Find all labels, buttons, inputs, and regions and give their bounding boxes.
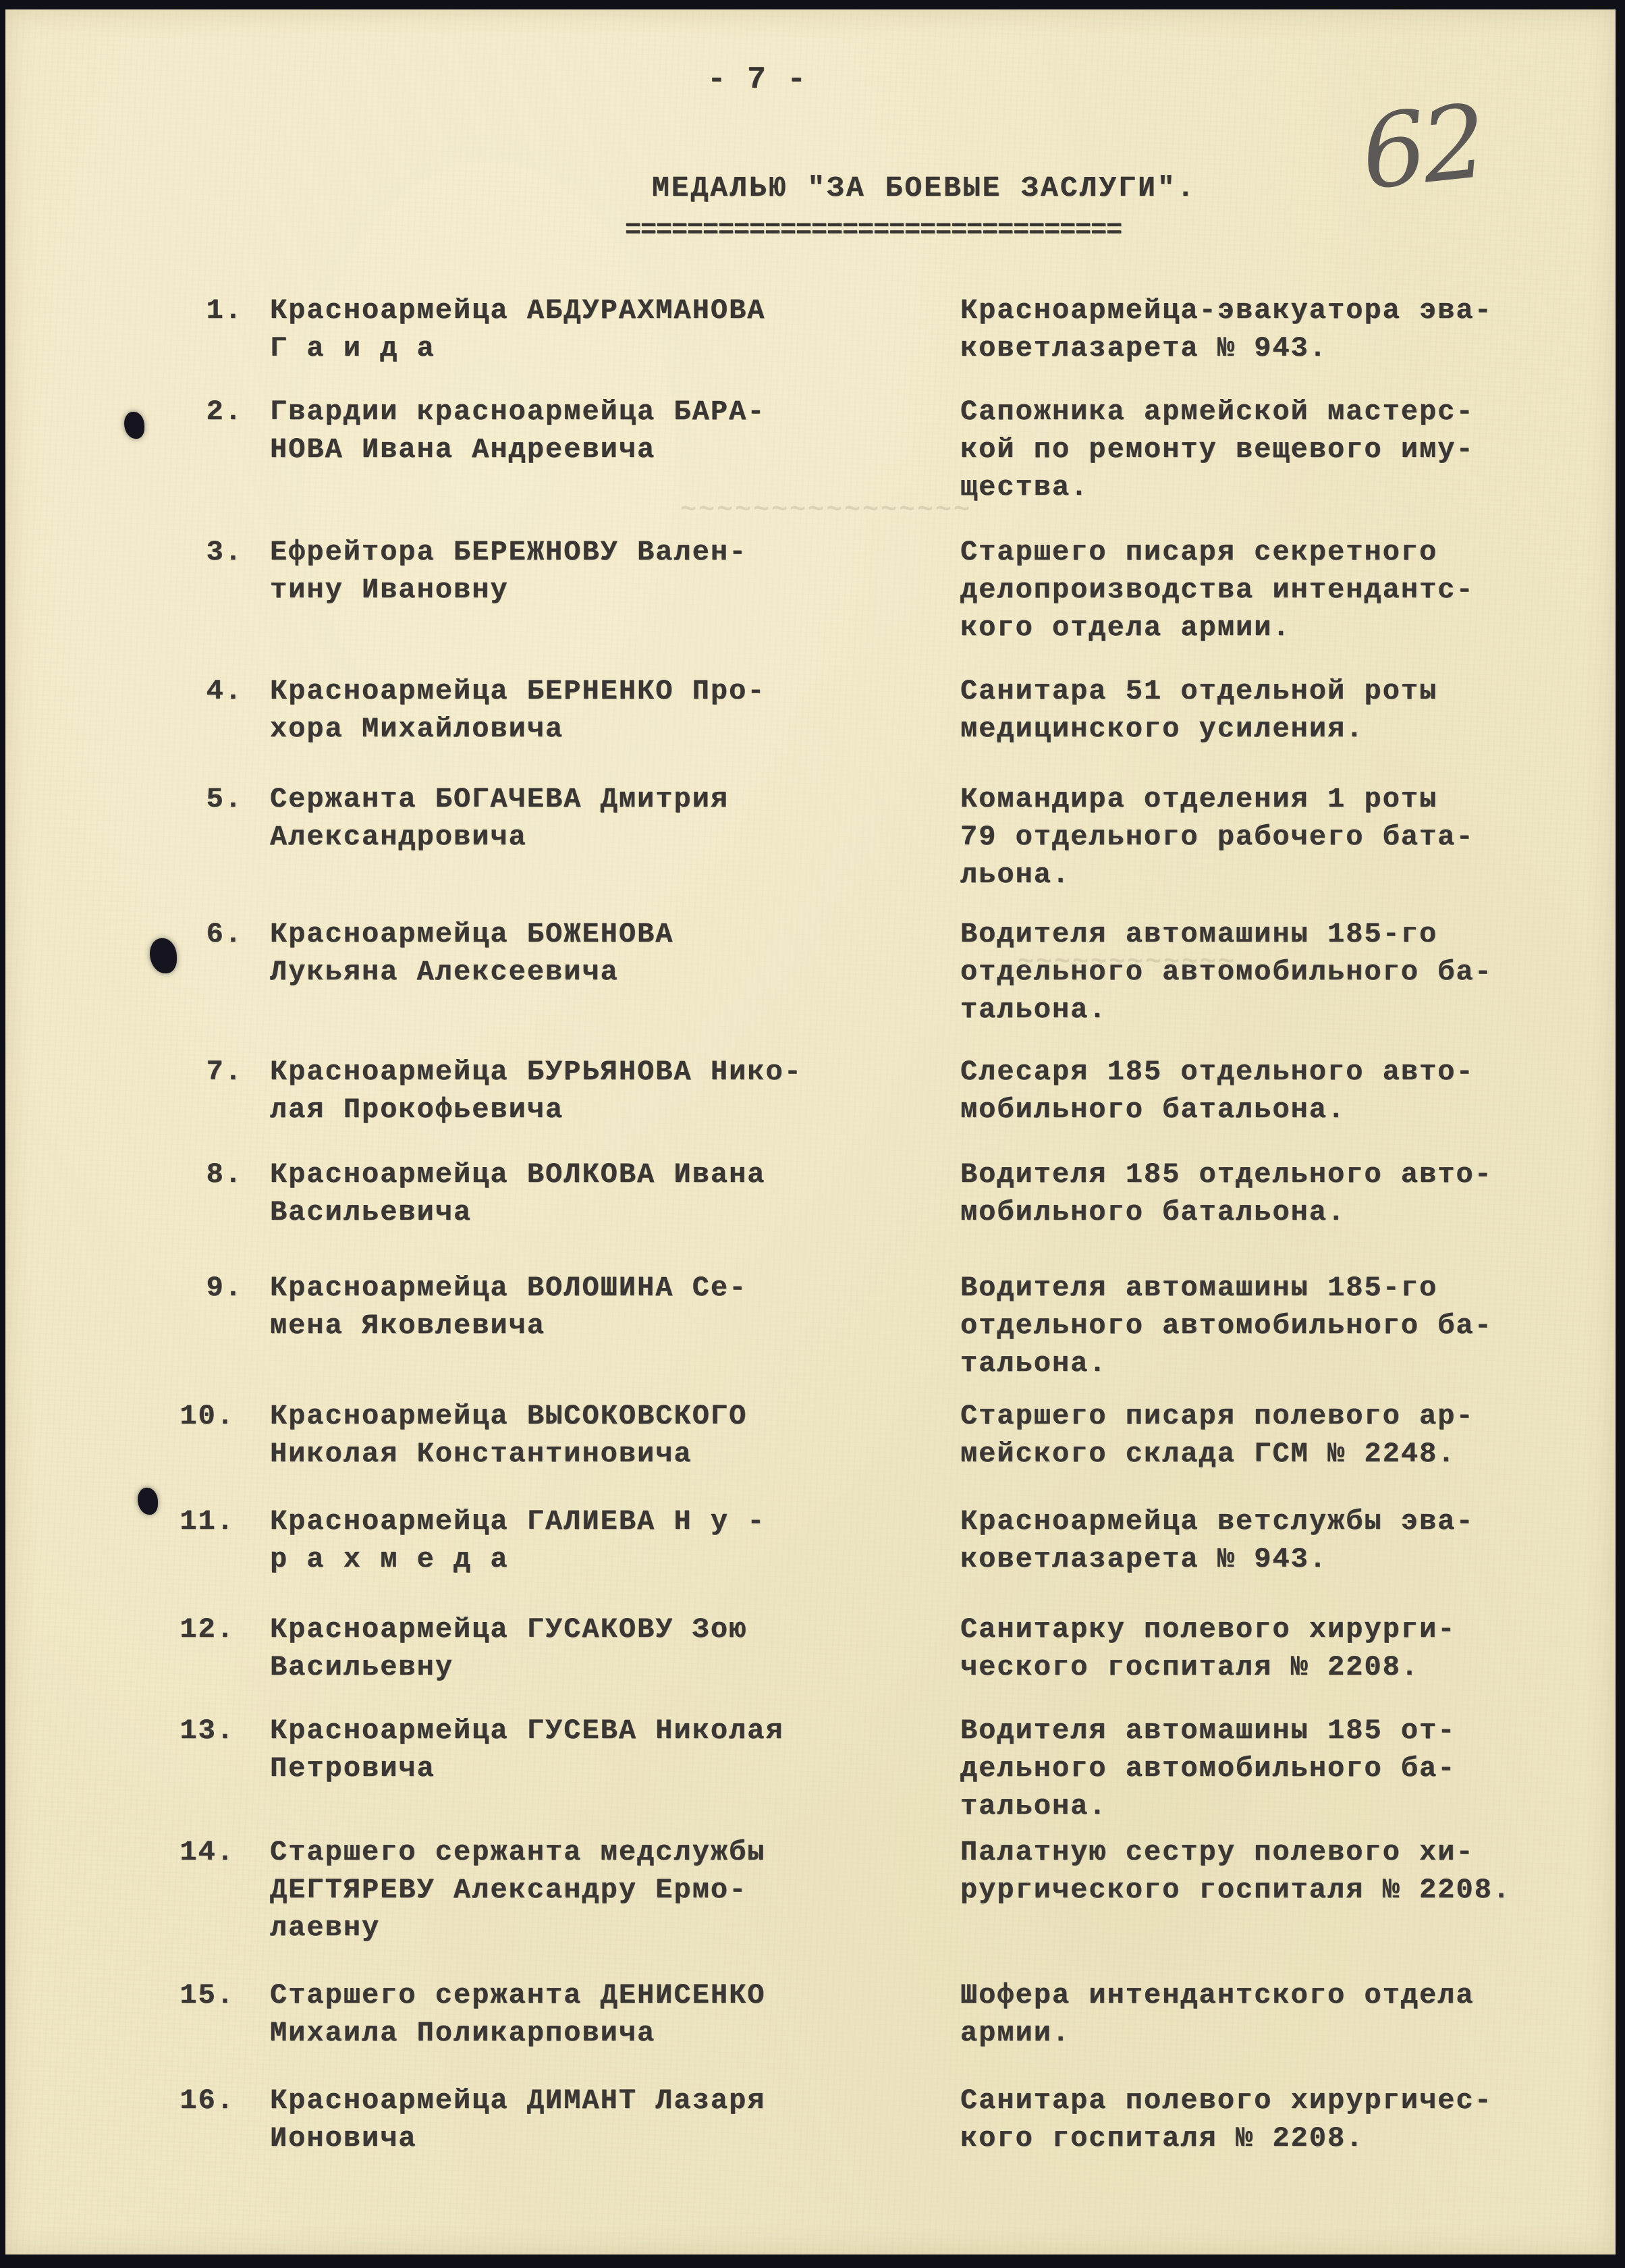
document-page: ~~~~~~~~~~~~~~~~ ~~~~~~~~~~~~ - 7 - 62 М… bbox=[5, 9, 1616, 2254]
entry-number: 5. bbox=[140, 780, 243, 818]
entry-number: 14. bbox=[132, 1833, 235, 1871]
recipient-position: Санитара полевого хирургичес- кого госпи… bbox=[960, 2082, 1615, 2157]
ink-blot-mark bbox=[124, 412, 144, 439]
recipient-position: Водителя автомашины 185 от- дельного авт… bbox=[960, 1712, 1615, 1825]
entry-number: 8. bbox=[140, 1156, 243, 1193]
heading-underline: ================================ bbox=[625, 215, 1259, 246]
recipient-name: Красноармейца ГАЛИЕВА Н у - р а х м е д … bbox=[270, 1503, 918, 1578]
entry-number: 13. bbox=[132, 1712, 235, 1750]
recipient-name: Старшего сержанта медслужбы ДЕГТЯРЕВУ Ал… bbox=[270, 1833, 918, 1947]
recipient-name: Старшего сержанта ДЕНИСЕНКО Михаила Поли… bbox=[270, 1976, 918, 2052]
entry-number: 15. bbox=[132, 1976, 235, 2014]
recipient-name: Гвардии красноармейца БАРА- НОВА Ивана А… bbox=[270, 393, 918, 468]
entry-number: 3. bbox=[140, 533, 243, 571]
recipient-name: Сержанта БОГАЧЕВА Дмитрия Александровича bbox=[270, 780, 918, 856]
recipient-position: Водителя автомашины 185-го отдельного ав… bbox=[960, 915, 1615, 1029]
recipient-position: Шофера интендантского отдела армии. bbox=[960, 1976, 1615, 2052]
recipient-position: Красноармейца-эвакуатора эва- коветлазар… bbox=[960, 292, 1615, 367]
recipient-name: Красноармейца АБДУРАХМАНОВА Г а и д а bbox=[270, 292, 918, 367]
recipient-name: Красноармейца ВОЛОШИНА Се- мена Яковлеви… bbox=[270, 1269, 918, 1345]
recipient-position: Командира отделения 1 роты 79 отдельного… bbox=[960, 780, 1615, 894]
recipient-position: Сапожника армейской мастерс- кой по ремо… bbox=[960, 393, 1615, 506]
recipient-name: Красноармейца ВОЛКОВА Ивана Васильевича bbox=[270, 1156, 918, 1231]
page-number: - 7 - bbox=[707, 62, 807, 97]
recipient-position: Палатную сестру полевого хи- рургическог… bbox=[960, 1833, 1615, 1909]
handwritten-folio-number: 62 bbox=[1356, 83, 1488, 213]
recipient-name: Красноармейца БУРЬЯНОВА Нико- лая Прокоф… bbox=[270, 1053, 918, 1129]
recipient-position: Старшего писаря полевого ар- мейского ск… bbox=[960, 1397, 1615, 1473]
entry-number: 7. bbox=[140, 1053, 243, 1091]
recipient-position: Санитара 51 отдельной роты медицинского … bbox=[960, 672, 1615, 748]
entry-number: 2. bbox=[140, 393, 243, 431]
recipient-position: Санитарку полевого хирурги- ческого госп… bbox=[960, 1611, 1615, 1686]
recipient-name: Красноармейца ГУСЕВА Николая Петровича bbox=[270, 1712, 918, 1787]
bleed-through-text: ~~~~~~~~~~~~~~~~ bbox=[680, 495, 972, 526]
entry-number: 10. bbox=[132, 1397, 235, 1435]
recipient-position: Старшего писаря секретного делопроизводс… bbox=[960, 533, 1615, 647]
entry-number: 1. bbox=[140, 292, 243, 329]
recipient-name: Красноармейца БЕРНЕНКО Про- хора Михайло… bbox=[270, 672, 918, 748]
ink-blot-mark bbox=[150, 938, 177, 973]
recipient-position: Красноармейца ветслужбы эва- коветлазаре… bbox=[960, 1503, 1615, 1578]
recipient-name: Красноармейца ВЫСОКОВСКОГО Николая Конст… bbox=[270, 1397, 918, 1473]
section-heading: МЕДАЛЬЮ "ЗА БОЕВЫЕ ЗАСЛУГИ". bbox=[652, 171, 1196, 205]
entry-number: 12. bbox=[132, 1611, 235, 1648]
recipient-position: Водителя 185 отдельного авто- мобильного… bbox=[960, 1156, 1615, 1231]
entry-number: 9. bbox=[140, 1269, 243, 1307]
recipient-position: Водителя автомашины 185-го отдельного ав… bbox=[960, 1269, 1615, 1382]
recipient-name: Ефрейтора БЕРЕЖНОВУ Вален- тину Ивановну bbox=[270, 533, 918, 609]
recipient-name: Красноармейца ДИМАНТ Лазаря Ионовича bbox=[270, 2082, 918, 2157]
entry-number: 16. bbox=[132, 2082, 235, 2119]
recipient-position: Слесаря 185 отдельного авто- мобильного … bbox=[960, 1053, 1615, 1129]
entry-number: 4. bbox=[140, 672, 243, 710]
recipient-name: Красноармейца БОЖЕНОВА Лукьяна Алексееви… bbox=[270, 915, 918, 991]
recipient-name: Красноармейца ГУСАКОВУ Зою Васильевну bbox=[270, 1611, 918, 1686]
